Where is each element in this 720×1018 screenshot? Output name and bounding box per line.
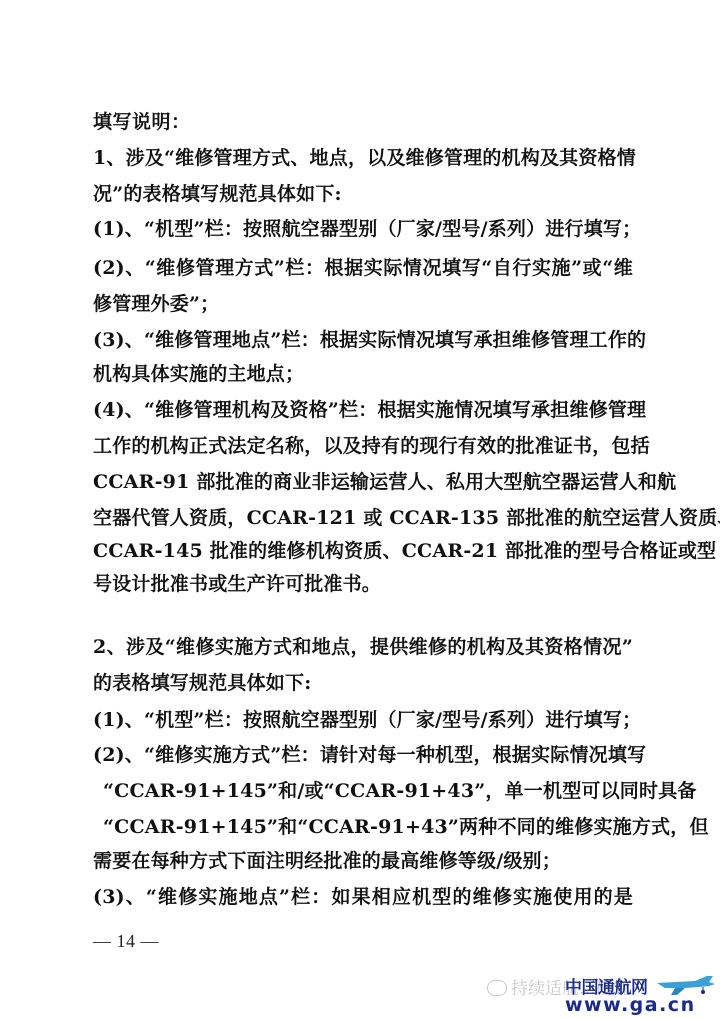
section-2-item-2: (2)、“维修实施方式”栏：请针对每一种机型，根据实际情况填写 [93,743,633,767]
site-url: www.ga.cn [565,994,696,1016]
section-2-line: 需要在每种方式下面注明经批准的最高维修等级/级别； [93,849,633,873]
wechat-icon [487,980,507,996]
section-1-line: CCAR-145 批准的维修机构资质、CCAR-21 部批准的型号合格证或型 [93,539,633,563]
section-1-line: 况”的表格填写规范具体如下: [93,182,633,206]
section-1-line: 工作的机构正式法定名称，以及持有的现行有效的批准证书，包括 [93,434,633,458]
section-1-item-2: (2)、“维修管理方式”栏：根据实际情况填写“自行实施”或“维 [93,256,633,280]
section-2-item-1: (1)、“机型”栏：按照航空器型别（厂家/型号/系列）进行填写； [93,708,633,732]
watermark-logo: 持续适航…研究 中国通航网 www.ga.cn [487,974,717,1018]
section-1-line: CCAR-91 部批准的商业非运输运营人、私用大型航空器运营人和航 [93,470,633,494]
section-2-line: “CCAR-91+145”和/或“CCAR-91+43”，单一机型可以同时具备 [103,779,633,803]
section-2-line: 2、涉及“维修实施方式和地点，提供维修的机构及其资格情况” [93,635,633,659]
section-1-item-3: (3)、“维修管理地点”栏：根据实际情况填写承担维修管理工作的 [93,328,633,352]
section-1-line: 空器代管人资质，CCAR-121 或 CCAR-135 部批准的航空运营人资质、 [93,506,633,530]
section-1-line: 修管理外委”； [93,292,633,316]
section-1-item-1: (1)、“机型”栏：按照航空器型别（厂家/型号/系列）进行填写； [93,217,633,241]
section-1-line: 1、涉及“维修管理方式、地点，以及维修管理的机构及其资格情 [93,146,633,170]
section-1-line: 机构具体实施的主地点； [93,362,633,386]
section-2-line: “CCAR-91+145”和“CCAR-91+43”两种不同的维修实施方式，但 [103,815,633,839]
airplane-icon [655,974,717,996]
instructions-heading: 填写说明： [93,110,633,134]
document-page: 填写说明： 1、涉及“维修管理方式、地点，以及维修管理的机构及其资格情 况”的表… [0,0,720,1018]
page-number: — 14 — [93,931,159,952]
section-1-item-4: (4)、“维修管理机构及资格”栏：根据实施情况填写承担维修管理 [93,398,633,422]
section-1-line: 号设计批准书或生产许可批准书。 [93,572,633,596]
section-2-item-3: (3)、“维修实施地点”栏：如果相应机型的维修实施使用的是 [93,885,633,909]
section-2-line: 的表格填写规范具体如下: [93,671,633,695]
